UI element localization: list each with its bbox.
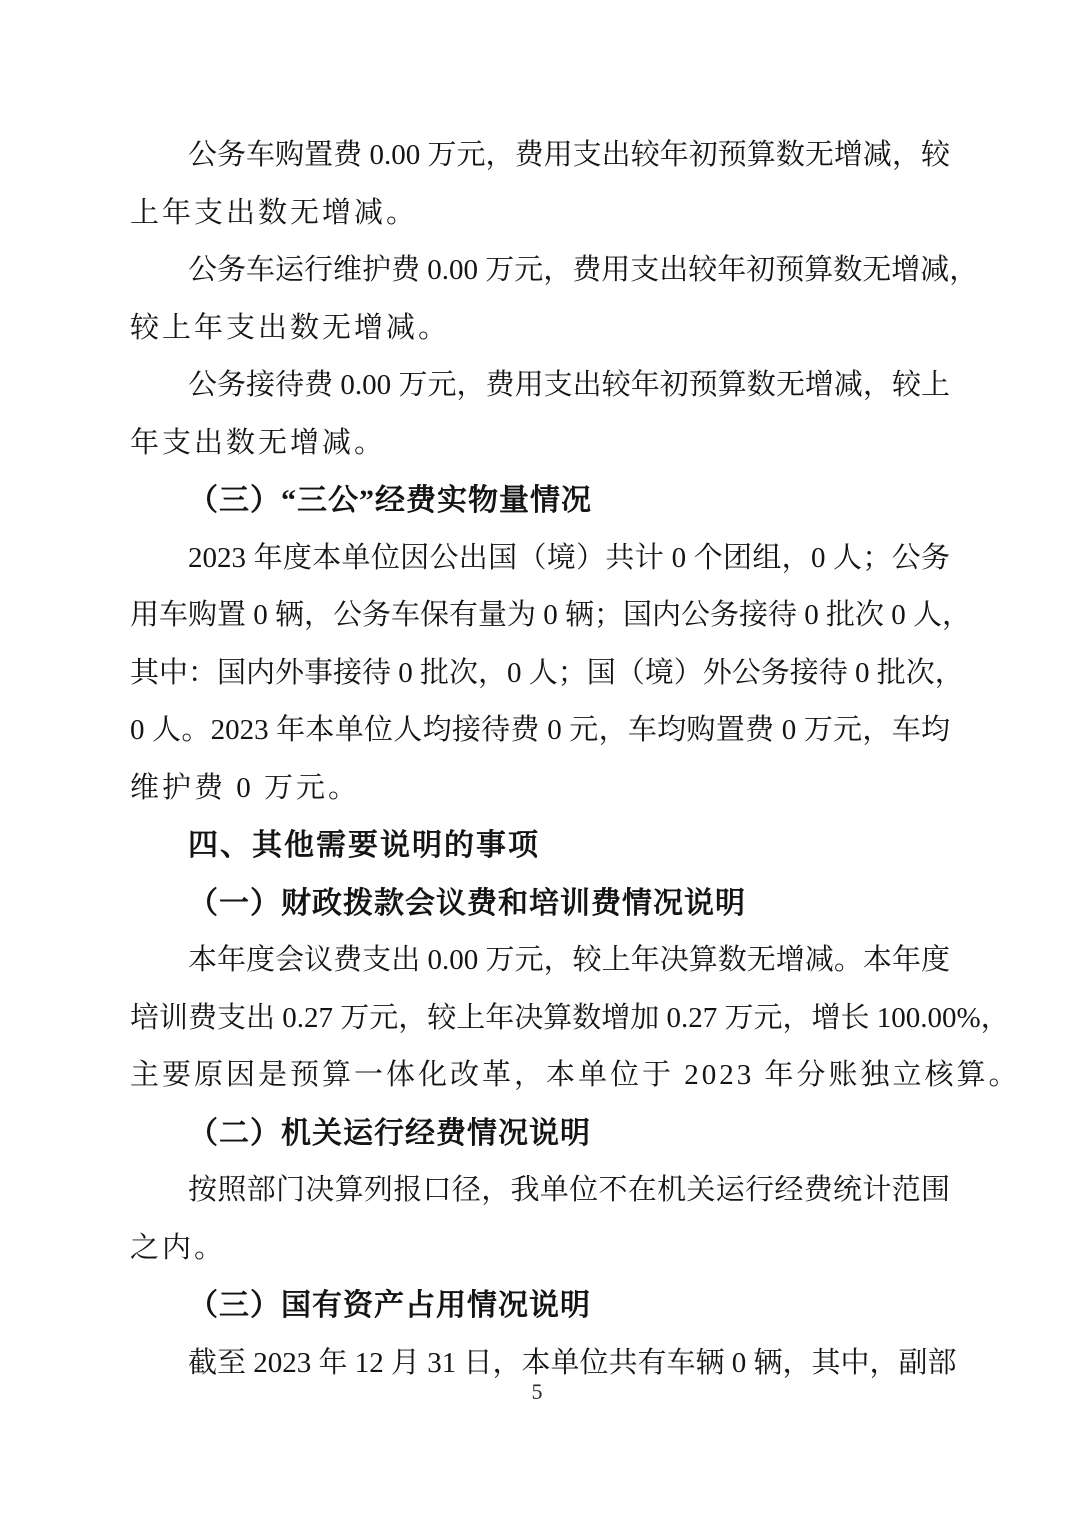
body-line: 公务车运行维护费 0.00 万元，费用支出较年初预算数无增减， [130,242,950,300]
paragraph: 2023 年度本单位因公出国（境）共计 0 个团组，0 人；公务 用车购置 0 … [130,530,950,818]
paragraph: （三）国有资产占用情况说明 [130,1277,950,1335]
body-line: 上年支出数无增减。 [130,185,950,243]
body-line: 主要原因是预算一体化改革，本单位于 2023 年分账独立核算。 [130,1047,950,1105]
heading-other-matters: 四、其他需要说明的事项 [130,817,950,875]
page-number: 5 [0,1372,1074,1412]
paragraph: （二）机关运行经费情况说明 [130,1105,950,1163]
paragraph: 本年度会议费支出 0.00 万元，较上年决算数无增减。本年度 培训费支出 0.2… [130,932,950,1105]
document-page: 公务车购置费 0.00 万元，费用支出较年初预算数无增减，较 上年支出数无增减。… [0,0,1074,1520]
paragraph: 四、其他需要说明的事项 [130,817,950,875]
paragraph: （一）财政拨款会议费和培训费情况说明 [130,875,950,933]
body-line: 用车购置 0 辆，公务车保有量为 0 辆；国内公务接待 0 批次 0 人， [130,587,950,645]
heading-three-public-physical-quantity: （三）“三公”经费实物量情况 [130,472,950,530]
heading-meeting-training-fee: （一）财政拨款会议费和培训费情况说明 [130,875,950,933]
paragraph: （三）“三公”经费实物量情况 [130,472,950,530]
body-line: 之内。 [130,1220,950,1278]
heading-operating-funds: （二）机关运行经费情况说明 [130,1105,950,1163]
body-line: 其中：国内外事接待 0 批次，0 人；国（境）外公务接待 0 批次， [130,645,950,703]
paragraph: 公务车运行维护费 0.00 万元，费用支出较年初预算数无增减， 较上年支出数无增… [130,242,950,357]
body-line: 维护费 0 万元。 [130,760,950,818]
heading-state-owned-assets: （三）国有资产占用情况说明 [130,1277,950,1335]
body-line: 公务车购置费 0.00 万元，费用支出较年初预算数无增减，较 [130,127,950,185]
body-line: 较上年支出数无增减。 [130,300,950,358]
paragraph: 按照部门决算列报口径，我单位不在机关运行经费统计范围 之内。 [130,1162,950,1277]
body-line: 按照部门决算列报口径，我单位不在机关运行经费统计范围 [130,1162,950,1220]
body-line: 公务接待费 0.00 万元，费用支出较年初预算数无增减，较上 [130,357,950,415]
paragraph: 公务车购置费 0.00 万元，费用支出较年初预算数无增减，较 上年支出数无增减。 [130,127,950,242]
paragraph: 公务接待费 0.00 万元，费用支出较年初预算数无增减，较上 年支出数无增减。 [130,357,950,472]
body-line: 2023 年度本单位因公出国（境）共计 0 个团组，0 人；公务 [130,530,950,588]
body-line: 培训费支出 0.27 万元，较上年决算数增加 0.27 万元，增长 100.00… [130,990,950,1048]
body-line: 年支出数无增减。 [130,415,950,473]
document-body: 公务车购置费 0.00 万元，费用支出较年初预算数无增减，较 上年支出数无增减。… [130,127,950,1392]
body-line: 0 人。2023 年本单位人均接待费 0 元，车均购置费 0 万元，车均 [130,702,950,760]
body-line: 本年度会议费支出 0.00 万元，较上年决算数无增减。本年度 [130,932,950,990]
